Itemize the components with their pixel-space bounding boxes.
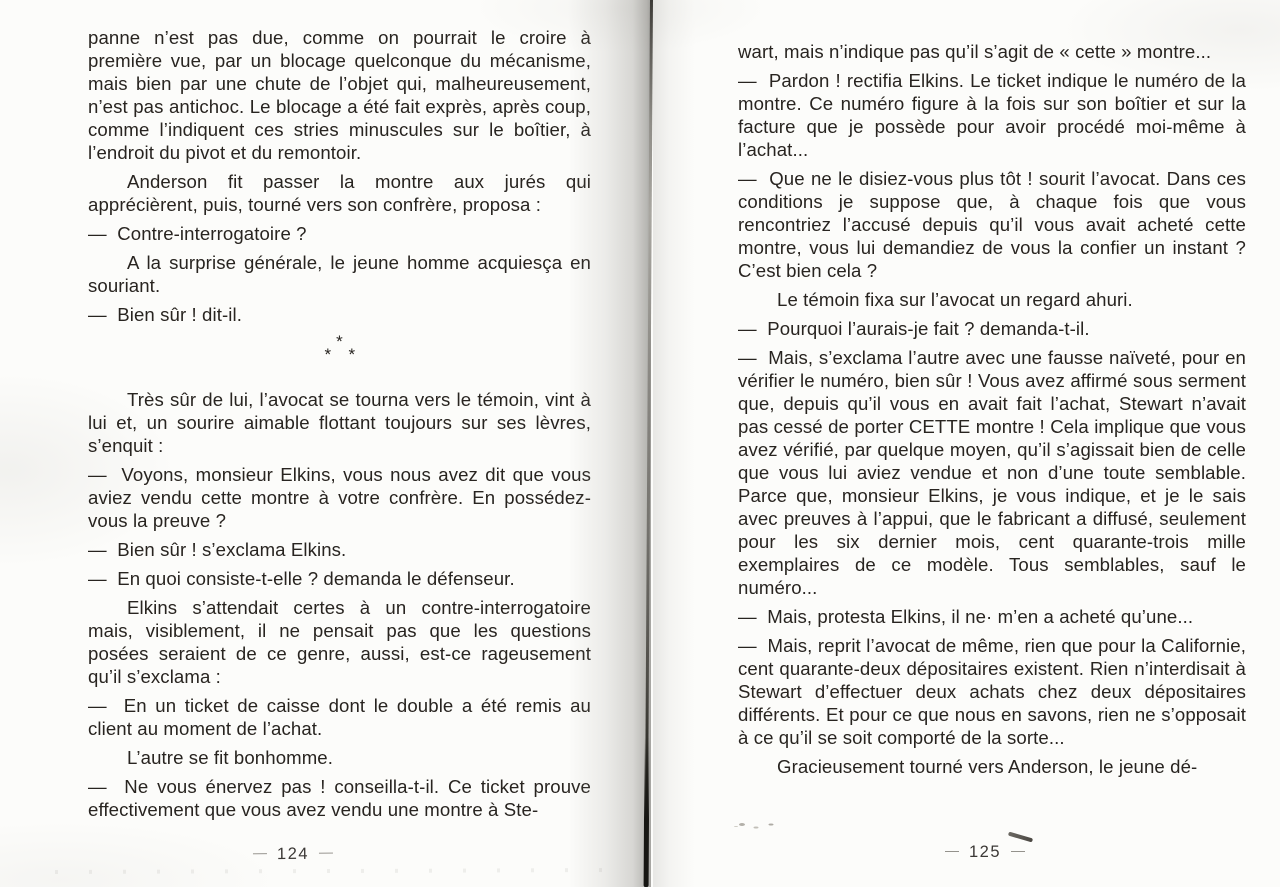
body-paragraph: Elkins s’attendait certes à un contre-in… xyxy=(88,596,591,688)
gutter-shadow-left xyxy=(568,0,651,887)
dialogue-paragraph: — Mais, reprit l’avocat de même, rien qu… xyxy=(738,634,1246,749)
scan-speckles xyxy=(739,823,745,826)
body-paragraph: Gracieusement tourné vers Anderson, le j… xyxy=(738,755,1246,778)
folio-dash-right: — xyxy=(319,844,333,860)
bottom-edge-speckles xyxy=(55,868,615,874)
folio-number: 125 xyxy=(969,843,1001,861)
dialogue-paragraph: — Bien sûr ! s’exclama Elkins. xyxy=(88,538,591,561)
dialogue-paragraph: — Mais, s’exclama l’autre avec une fauss… xyxy=(738,346,1246,599)
dialogue-paragraph: — En quoi consiste-t-elle ? demanda le d… xyxy=(88,567,591,590)
folio-dash-left: — xyxy=(945,842,959,858)
body-paragraph: panne n’est pas due, comme on pourrait l… xyxy=(88,26,591,164)
dialogue-paragraph: — Contre-interrogatoire ? xyxy=(88,222,591,245)
page-number-124: —124— xyxy=(238,844,348,864)
page-number-125: —125— xyxy=(930,843,1040,862)
body-paragraph: Le témoin fixa sur l’avocat un regard ah… xyxy=(738,288,1246,311)
body-paragraph: A la surprise générale, le jeune homme a… xyxy=(88,251,591,297)
body-paragraph: Anderson fit passer la montre aux jurés … xyxy=(88,170,591,216)
body-paragraph: Très sûr de lui, l’avocat se tourna vers… xyxy=(88,388,591,457)
dialogue-paragraph: — En un ticket de caisse dont le double … xyxy=(88,694,591,740)
page-124-text-column: panne n’est pas due, comme on pourrait l… xyxy=(88,26,591,827)
asterisk: * xyxy=(336,330,343,353)
folio-dash-right: — xyxy=(1011,842,1025,858)
dialogue-paragraph: — Pardon ! rectifia Elkins. Le ticket in… xyxy=(738,69,1246,161)
dialogue-paragraph: — Que ne le disiez-vous plus tôt ! souri… xyxy=(738,167,1246,282)
dialogue-paragraph: — Mais, protesta Elkins, il ne· m’en a a… xyxy=(738,605,1246,628)
page-125-text-column: wart, mais n’indique pas qu’il s’agit de… xyxy=(738,40,1246,784)
asterisk: * xyxy=(325,343,332,366)
dialogue-paragraph: — Voyons, monsieur Elkins, vous nous ave… xyxy=(88,463,591,532)
folio-number: 124 xyxy=(277,845,309,863)
dialogue-paragraph: — Bien sûr ! dit-il. xyxy=(88,303,591,326)
folio-dash-left: — xyxy=(253,844,267,860)
pen-stroke-mark xyxy=(1008,832,1033,843)
book-spread: panne n’est pas due, comme on pourrait l… xyxy=(0,0,1280,887)
dialogue-paragraph: — Pourquoi l’aurais-je fait ? demanda-t-… xyxy=(738,317,1246,340)
gutter-shadow-right xyxy=(653,0,695,887)
body-paragraph: L’autre se fit bonhomme. xyxy=(88,746,591,769)
dialogue-paragraph: — Ne vous énervez pas ! conseilla-t-il. … xyxy=(88,775,591,821)
section-separator: *** xyxy=(88,332,591,366)
body-paragraph: wart, mais n’indique pas qu’il s’agit de… xyxy=(738,40,1246,63)
asterisk: * xyxy=(349,343,356,366)
